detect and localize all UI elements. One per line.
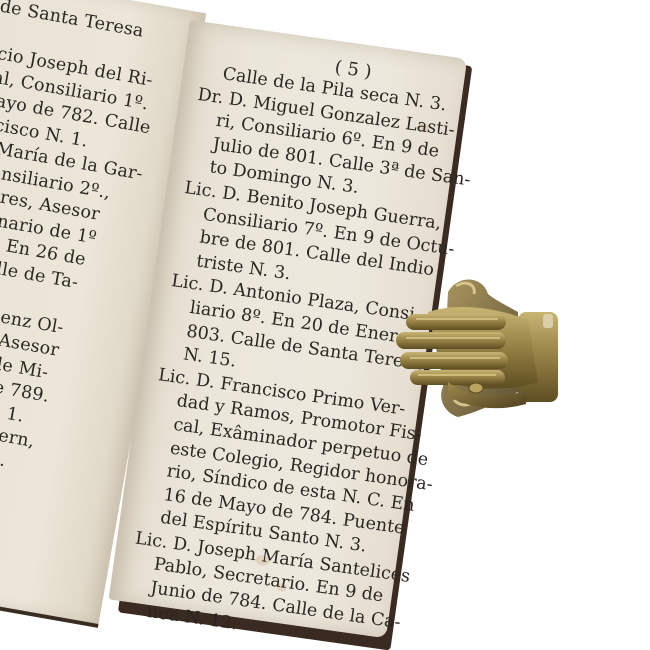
brass-hand-bookmark-icon (388, 272, 563, 422)
photo-scene: ne de Santa Teresa15.gnacio Joseph del R… (0, 0, 650, 650)
